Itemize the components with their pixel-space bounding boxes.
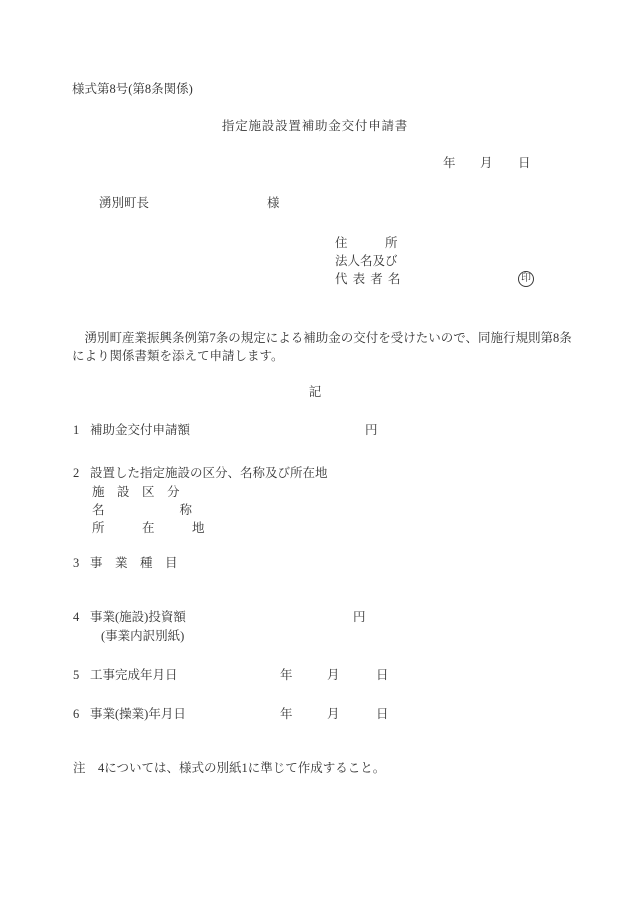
date-year-label: 年 bbox=[443, 156, 456, 171]
item-5-day-label: 日 bbox=[376, 668, 389, 683]
item-6-year-label: 年 bbox=[280, 707, 293, 722]
item-6-month-label: 月 bbox=[327, 707, 340, 722]
date-month-label: 月 bbox=[480, 156, 493, 171]
item-1-unit: 円 bbox=[365, 423, 378, 438]
form-number: 様式第8号(第8条関係) bbox=[72, 82, 193, 97]
item-4-unit: 円 bbox=[353, 610, 366, 625]
item-5-year-label: 年 bbox=[280, 668, 293, 683]
item-2-label: 設置した指定施設の区分、名称及び所在地 bbox=[90, 466, 328, 481]
note-line: 注 4については、様式の別紙1に準じて作成すること。 bbox=[73, 761, 385, 776]
item-3-number: 3 bbox=[73, 556, 79, 571]
body-line-2: により関係書類を添えて申請します。 bbox=[72, 349, 284, 364]
item-4-sub-breakdown: (事業内訳別紙) bbox=[101, 629, 184, 644]
applicant-corp-label: 法人名及び bbox=[335, 254, 398, 269]
seal-character: 印 bbox=[521, 274, 531, 284]
item-5-label: 工事完成年月日 bbox=[90, 668, 178, 683]
item-5-number: 5 bbox=[73, 668, 79, 683]
application-form-page: 様式第8号(第8条関係) 指定施設設置補助金交付申請書 年 月 日 湧別町長 様… bbox=[0, 0, 630, 915]
date-day-label: 日 bbox=[518, 156, 531, 171]
item-6-number: 6 bbox=[73, 707, 79, 722]
item-4-number: 4 bbox=[73, 610, 79, 625]
item-1-label: 補助金交付申請額 bbox=[90, 423, 190, 438]
item-6-day-label: 日 bbox=[376, 707, 389, 722]
body-line-1: 湧別町産業振興条例第7条の規定による補助金の交付を受けたいので、同施行規則第8条 bbox=[72, 331, 572, 346]
list-marker: 記 bbox=[0, 385, 630, 400]
item-2-sub-facility-category: 施 設 区 分 bbox=[92, 485, 180, 500]
item-1-number: 1 bbox=[73, 423, 79, 438]
item-2-sub-name: 名 称 bbox=[92, 503, 192, 518]
seal-mark-icon: 印 bbox=[518, 271, 534, 287]
item-4-label: 事業(施設)投資額 bbox=[90, 610, 186, 625]
item-6-label: 事業(操業)年月日 bbox=[90, 707, 186, 722]
applicant-address-label: 住 所 bbox=[335, 236, 398, 251]
item-2-number: 2 bbox=[73, 466, 79, 481]
page-title: 指定施設設置補助金交付申請書 bbox=[0, 119, 630, 134]
item-2-sub-location: 所 在 地 bbox=[92, 521, 205, 536]
applicant-representative-label: 代 表 者 名 bbox=[335, 272, 400, 287]
recipient-honorific: 様 bbox=[267, 196, 280, 211]
recipient-name: 湧別町長 bbox=[99, 196, 149, 211]
item-5-month-label: 月 bbox=[327, 668, 340, 683]
item-3-label: 事 業 種 目 bbox=[90, 556, 178, 571]
